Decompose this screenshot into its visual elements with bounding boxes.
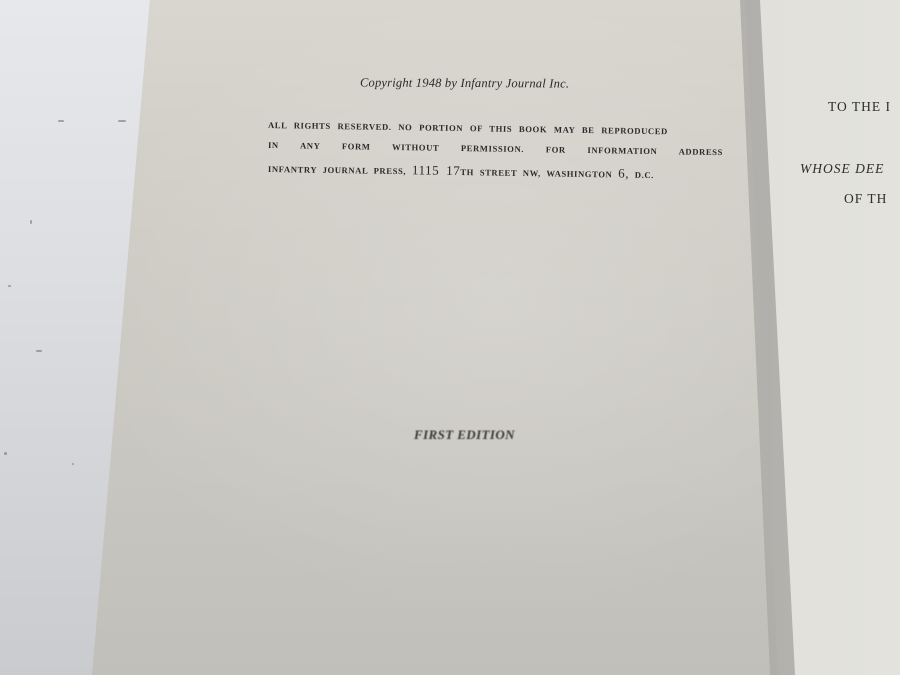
publisher-name: INFANTRY JOURNAL PRESS, [268,164,406,176]
edition-label: FIRST EDITION [414,427,515,443]
street-city: STREET NW, WASHINGTON [480,167,613,179]
paper-speck [58,120,64,122]
dedication-line-3: OF TH [844,191,887,207]
paper-speck [36,350,42,352]
copyright-line: Copyright 1948 by Infantry Journal Inc. [360,75,569,91]
dedication-line-2: WHOSE DEE [800,161,884,177]
book-photo: Copyright 1948 by Infantry Journal Inc. … [0,0,900,675]
ordinal-suffix: TH [460,167,474,177]
paper-speck [8,285,11,287]
postal-zone: 6, [618,166,629,181]
paper-speck [118,120,126,122]
street-number: 1115 17 [412,162,461,178]
paper-speck [72,463,74,465]
paper-speck [4,452,7,455]
district: D.C. [635,170,654,180]
paper-speck [30,220,32,224]
dedication-line-1: TO THE I [828,99,891,115]
